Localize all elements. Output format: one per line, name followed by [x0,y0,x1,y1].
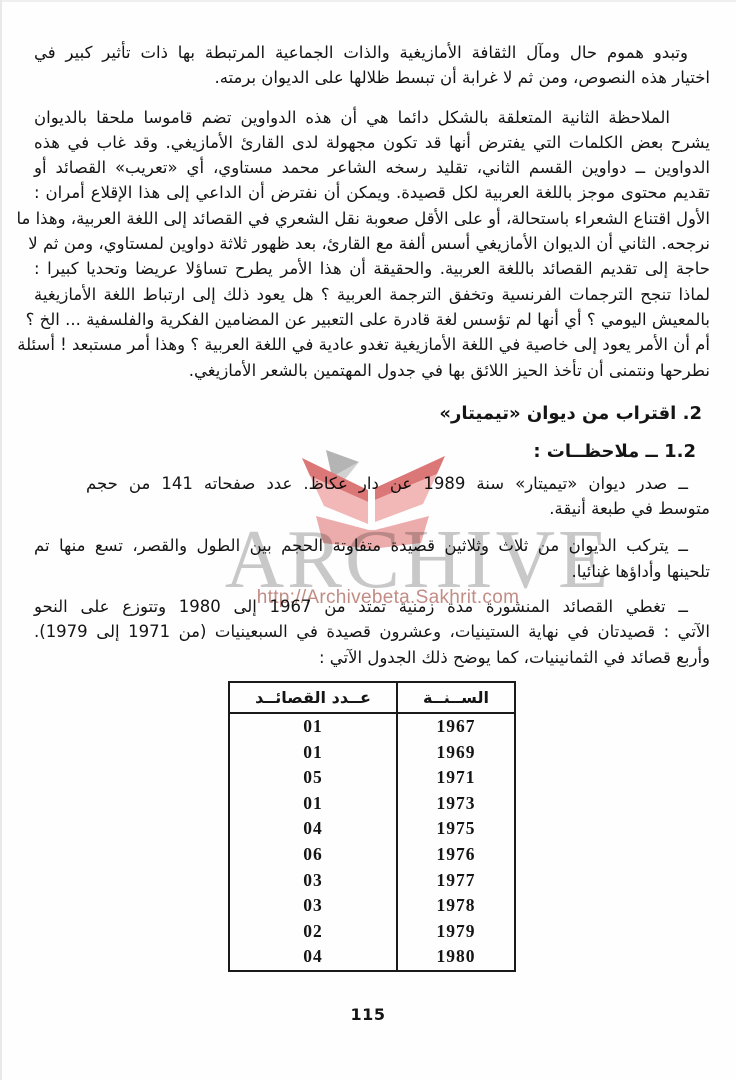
table-cell: 04 [229,944,397,971]
table-cell: 1978 [397,893,515,919]
text-line: الدواوين ــ دواوين القسم الثاني، تقليد ر… [34,155,710,180]
text-line: تقديم محتوى موجز باللغة العربية لكل قصيد… [34,180,710,205]
table-cell: 1980 [397,944,515,971]
paragraph: الملاحظة الثانية المتعلقة بالشكل دائما ه… [34,105,710,383]
table-cell: 04 [229,816,397,842]
table-row: 197606 [229,842,515,868]
text-line: اختيار هذه النصوص، ومن ثم لا غرابة أن تب… [34,65,710,90]
text-line: بالمعيش اليومي ؟ أي أنها لم تؤسس لغة قاد… [34,307,710,332]
page-body-text: وتبدو هموم حال ومآل الثقافة الأمازيغية و… [0,0,736,972]
table-cell: 1973 [397,791,515,817]
subsection-heading: 1.2 ــ ملاحظــات : [34,439,696,465]
table-header-year: الســنــة [397,682,515,713]
table-cell: 05 [229,765,397,791]
table-cell: 01 [229,740,397,766]
text-line: ــ تغطي القصائد المنشورة مدة زمنية تمتد … [34,594,710,619]
note-item: ــ صدر ديوان «تيميتار» سنة 1989 عن دار ع… [34,471,710,522]
text-line: الملاحظة الثانية المتعلقة بالشكل دائما ه… [34,105,710,130]
paragraph: وتبدو هموم حال ومآل الثقافة الأمازيغية و… [34,40,710,91]
table-row: 196901 [229,740,515,766]
text-line: نطرحها ونتمنى أن تأخذ الحيز اللائق بها ف… [34,358,710,383]
table-header-row: الســنــة عــدد القصائــد [229,682,515,713]
text-line: لماذا تنجح الترجمات الفرنسية وتخفق الترج… [34,282,710,307]
table-row: 198004 [229,944,515,971]
table-row: 197504 [229,816,515,842]
table-cell: 02 [229,919,397,945]
table-cell: 03 [229,868,397,894]
text-line: الآتي : قصيدتان في نهاية الستينيات، وعشر… [34,619,710,644]
text-line: تلحينها وأداؤها غنائيا. [34,559,710,584]
table-header-poem-count: عــدد القصائــد [229,682,397,713]
table-row: 197301 [229,791,515,817]
text-line: وتبدو هموم حال ومآل الثقافة الأمازيغية و… [34,40,710,65]
text-line: متوسط في طبعة أنيقة. [34,496,710,521]
table-cell: 01 [229,713,397,740]
table-cell: 1969 [397,740,515,766]
text-line: ــ صدر ديوان «تيميتار» سنة 1989 عن دار ع… [34,471,710,496]
note-item: ــ يتركب الديوان من ثلاث وثلاثين قصيدة م… [34,533,710,584]
table-cell: 1975 [397,816,515,842]
table-cell: 01 [229,791,397,817]
text-line: نرجحه. الثاني أن الديوان الأمازيغي أسس أ… [34,231,710,256]
table-row: 197902 [229,919,515,945]
table-row: 197105 [229,765,515,791]
table-cell: 03 [229,893,397,919]
table-cell: 1976 [397,842,515,868]
page-number: 115 [0,1005,736,1024]
text-line: حاجة إلى تقديم القصائد باللغة العربية. و… [34,256,710,281]
scanned-document-page: وتبدو هموم حال ومآل الثقافة الأمازيغية و… [0,0,736,1080]
table-cell: 1971 [397,765,515,791]
table-row: 196701 [229,713,515,740]
table-cell: 1979 [397,919,515,945]
text-line: أم أن الأمر يعود إلى خاصية في اللغة الأم… [34,332,710,357]
table-row: 197803 [229,893,515,919]
table-cell: 06 [229,842,397,868]
table-row: 197703 [229,868,515,894]
note-item: ــ تغطي القصائد المنشورة مدة زمنية تمتد … [34,594,710,670]
text-line: يشرح بعض الكلمات التي يفترض أنها قد تكون… [34,130,710,155]
poems-per-year-table: الســنــة عــدد القصائــد 19670119690119… [228,681,516,972]
table-cell: 1977 [397,868,515,894]
table-cell: 1967 [397,713,515,740]
text-line: ــ يتركب الديوان من ثلاث وثلاثين قصيدة م… [34,533,710,558]
text-line: الأول اقتناع الشعراء باستحالة، أو على ال… [34,206,710,231]
text-line: وأربع قصائد في الثمانينيات، كما يوضح ذلك… [34,645,710,670]
section-heading: 2. اقتراب من ديوان «تيميتار» [34,401,702,427]
